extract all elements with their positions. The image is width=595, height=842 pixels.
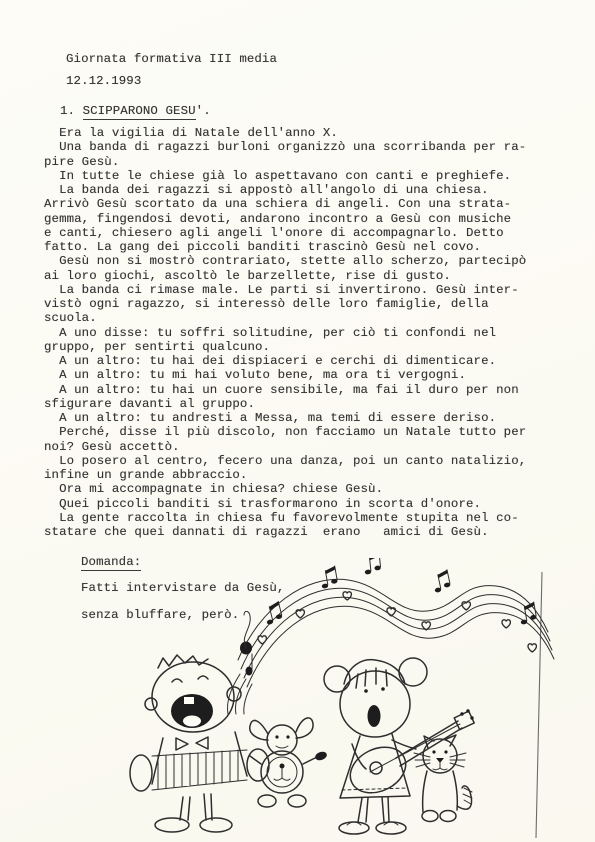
story-line: Era la vigilia di Natale dell'anno X. bbox=[44, 126, 526, 140]
story-title-suffix: '. bbox=[196, 104, 211, 118]
girl-mouth bbox=[368, 705, 381, 727]
story-line: A un altro: tu mi hai voluto bene, ma or… bbox=[44, 368, 526, 382]
boy-eyes bbox=[172, 676, 208, 682]
story-line: A un altro: tu hai un cuore sensibile, m… bbox=[44, 383, 526, 397]
boy-shoe-left bbox=[155, 818, 189, 832]
illustration bbox=[100, 558, 570, 842]
girl-sandal-left bbox=[339, 822, 369, 834]
story-line: e canti, chiesero agli angeli l'onore di… bbox=[44, 226, 526, 240]
cat bbox=[414, 735, 472, 822]
dog-paw-left bbox=[258, 795, 276, 807]
story-line: A uno disse: tu soffri solitudine, per c… bbox=[44, 326, 526, 340]
story-line: A un altro: tu hai dei dispiaceri e cerc… bbox=[44, 354, 526, 368]
story-line: A un altro: tu andresti a Messa, ma temi… bbox=[44, 411, 526, 425]
boy-mouth bbox=[171, 694, 213, 728]
story-line: vistò ogni ragazzo, si interessò delle l… bbox=[44, 297, 526, 311]
scanned-page: Giornata formativa III media 12.12.1993 … bbox=[0, 0, 595, 842]
girl-guitarist bbox=[324, 658, 474, 834]
cat-nose bbox=[436, 758, 444, 763]
cat-tail bbox=[457, 786, 471, 809]
story-line: ai loro giochi, ascoltò le barzellette, … bbox=[44, 269, 526, 283]
story-line: La gente raccolta in chiesa fu favorevol… bbox=[44, 511, 526, 525]
story-line: pire Gesù. bbox=[44, 155, 526, 169]
story-line: In tutte le chiese già lo aspettavano co… bbox=[44, 169, 526, 183]
story-line: Ora mi accompagnate in chiesa? chiese Ge… bbox=[44, 482, 526, 496]
document-date: 12.12.1993 bbox=[66, 74, 277, 88]
story-line: scuola. bbox=[44, 311, 526, 325]
girl-legs bbox=[358, 797, 389, 822]
story-line: Perché, disse il più discolo, non faccia… bbox=[44, 425, 526, 439]
boy-bowtie bbox=[176, 737, 208, 750]
boy-singer bbox=[130, 655, 269, 832]
story-line: gruppo, per sentirti qualcuno. bbox=[44, 340, 526, 354]
boy-ear-left bbox=[145, 698, 157, 710]
story-line: La banda ci rimase male. Le parti si inv… bbox=[44, 283, 526, 297]
story-line: fatto. La gang dei piccoli banditi trasc… bbox=[44, 240, 526, 254]
story-line: Quei piccoli banditi si trasformarono in… bbox=[44, 497, 526, 511]
story-line: sfigurare davanti al gruppo. bbox=[44, 397, 526, 411]
story-line: Lo posero al centro, fecero una danza, p… bbox=[44, 454, 526, 468]
cat-paw-left bbox=[422, 811, 438, 822]
story-number: 1. bbox=[60, 104, 83, 118]
cat-paw-right bbox=[440, 811, 456, 822]
music-staff bbox=[228, 558, 555, 714]
boy-hair bbox=[158, 655, 208, 668]
boy-shoe-right bbox=[200, 818, 232, 832]
story-line: noi? Gesù accettò. bbox=[44, 440, 526, 454]
story-line: statare che quei dannati di ragazzi eran… bbox=[44, 525, 526, 539]
girl-hair bbox=[344, 660, 405, 688]
story-line: Gesù non si mostrò contrariato, stette a… bbox=[44, 254, 526, 268]
girl-sandal-right bbox=[376, 822, 406, 834]
dog-paw-right bbox=[288, 795, 306, 807]
dog-drummer bbox=[250, 718, 328, 807]
story-line: Arrivò Gesù scortato da una schiera di a… bbox=[44, 197, 526, 211]
document-title: Giornata formativa III media bbox=[66, 52, 277, 66]
story-line: gemma, fingendosi devoti, andarono incon… bbox=[44, 212, 526, 226]
dog-mallet bbox=[314, 750, 328, 762]
dog-ears bbox=[250, 718, 313, 740]
story-title: SCIPPARONO GESU bbox=[83, 104, 196, 120]
accordion bbox=[130, 749, 269, 791]
dog-drum bbox=[261, 751, 303, 793]
boy-legs bbox=[180, 794, 212, 820]
story-body: Era la vigilia di Natale dell'anno X. Un… bbox=[44, 126, 526, 539]
girl-pigtail-right bbox=[399, 658, 427, 686]
story-line: Una banda di ragazzi burloni organizzò u… bbox=[44, 140, 526, 154]
document-header: Giornata formativa III media 12.12.1993 bbox=[66, 52, 277, 88]
cat-body bbox=[423, 771, 458, 812]
story-line: infine un grande abbraccio. bbox=[44, 468, 526, 482]
hearts bbox=[258, 592, 536, 652]
story-heading: 1. SCIPPARONO GESU'. bbox=[60, 104, 211, 118]
story-line: La banda dei ragazzi si appostò all'ango… bbox=[44, 183, 526, 197]
